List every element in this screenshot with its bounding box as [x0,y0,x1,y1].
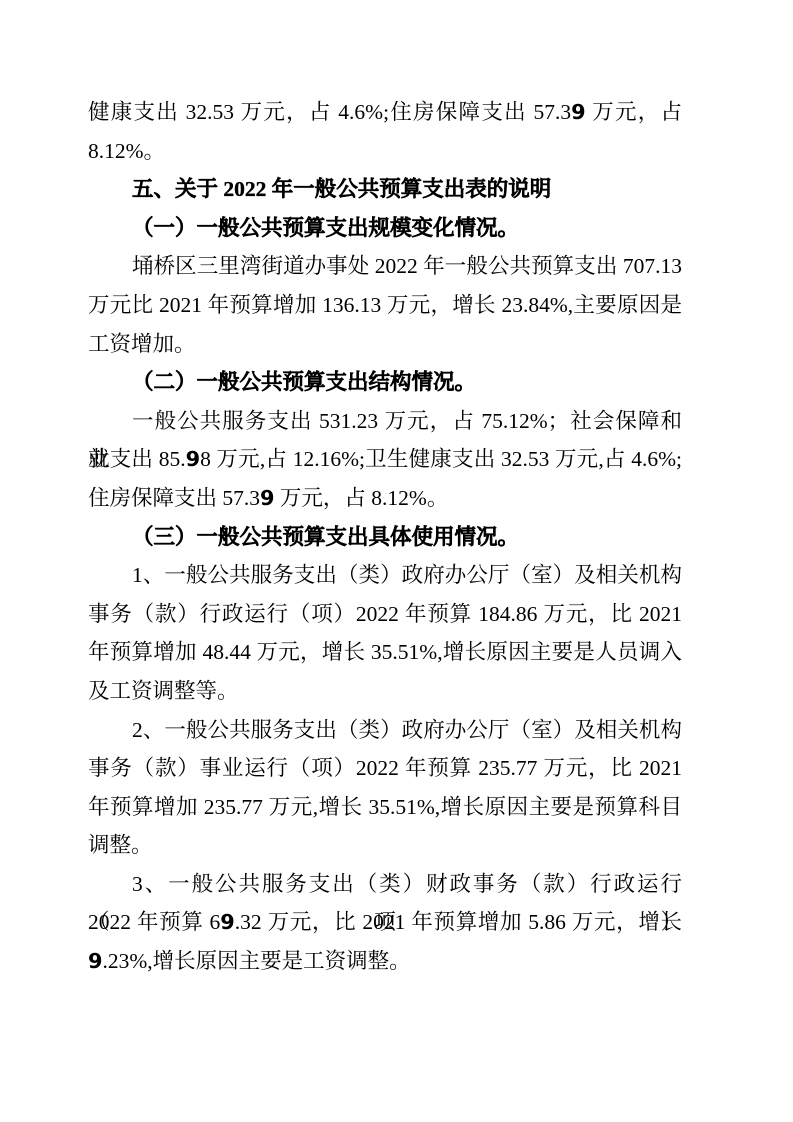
section-heading: 五、关于 2022 年一般公共预算支出表的说明 [88,170,682,209]
section-heading: （二）一般公共预算支出结构情况。 [88,363,682,402]
bold-nine-digit: 9 [186,447,201,471]
paragraph-line: 健康支出 32.53 万元，占 4.6%;住房保障支出 57.39 万元，占 [88,93,682,132]
paragraph-line: 1、一般公共服务支出（类）政府办公厅（室）及相关机构 [88,556,682,595]
section-heading: （三）一般公共预算支出具体使用情况。 [88,518,682,557]
document-page: 健康支出 32.53 万元，占 4.6%;住房保障支出 57.39 万元，占8.… [0,0,793,1122]
bold-nine-digit: 9 [260,486,275,510]
paragraph-line: 2022 年预算 69.32 万元，比 2021 年预算增加 5.86 万元，增… [88,903,682,942]
paragraph-line: 调整。 [88,826,682,865]
bold-nine-digit: 9 [88,949,103,973]
paragraph-line: 8.12%。 [88,132,682,171]
document-body: 健康支出 32.53 万元，占 4.6%;住房保障支出 57.39 万元，占8.… [88,93,682,981]
paragraph-line: 事务（款）行政运行（项）2022 年预算 184.86 万元，比 2021 [88,595,682,634]
paragraph-line: 一般公共服务支出 531.23 万元，占 75.12%；社会保障和就 [88,402,682,441]
paragraph-line: 住房保障支出 57.39 万元，占 8.12%。 [88,479,682,518]
paragraph-line: 业支出 85.98 万元,占 12.16%;卫生健康支出 32.53 万元,占 … [88,440,682,479]
paragraph-line: 2、一般公共服务支出（类）政府办公厅（室）及相关机构 [88,711,682,750]
paragraph-line: 万元比 2021 年预算增加 136.13 万元，增长 23.84%,主要原因是 [88,286,682,325]
paragraph-line: 9.23%,增长原因主要是工资调整。 [88,942,682,981]
section-heading: （一）一般公共预算支出规模变化情况。 [88,209,682,248]
paragraph-line: 年预算增加 48.44 万元，增长 35.51%,增长原因主要是人员调入 [88,633,682,672]
bold-nine-digit: 9 [571,100,586,124]
paragraph-line: 埇桥区三里湾街道办事处 2022 年一般公共预算支出 707.13 [88,247,682,286]
paragraph-line: 3、一般公共服务支出（类）财政事务（款）行政运行（项） [88,865,682,904]
bold-nine-digit: 9 [220,910,235,934]
paragraph-line: 事务（款）事业运行（项）2022 年预算 235.77 万元，比 2021 [88,749,682,788]
paragraph-line: 工资增加。 [88,325,682,364]
paragraph-line: 年预算增加 235.77 万元,增长 35.51%,增长原因主要是预算科目 [88,788,682,827]
paragraph-line: 及工资调整等。 [88,672,682,711]
